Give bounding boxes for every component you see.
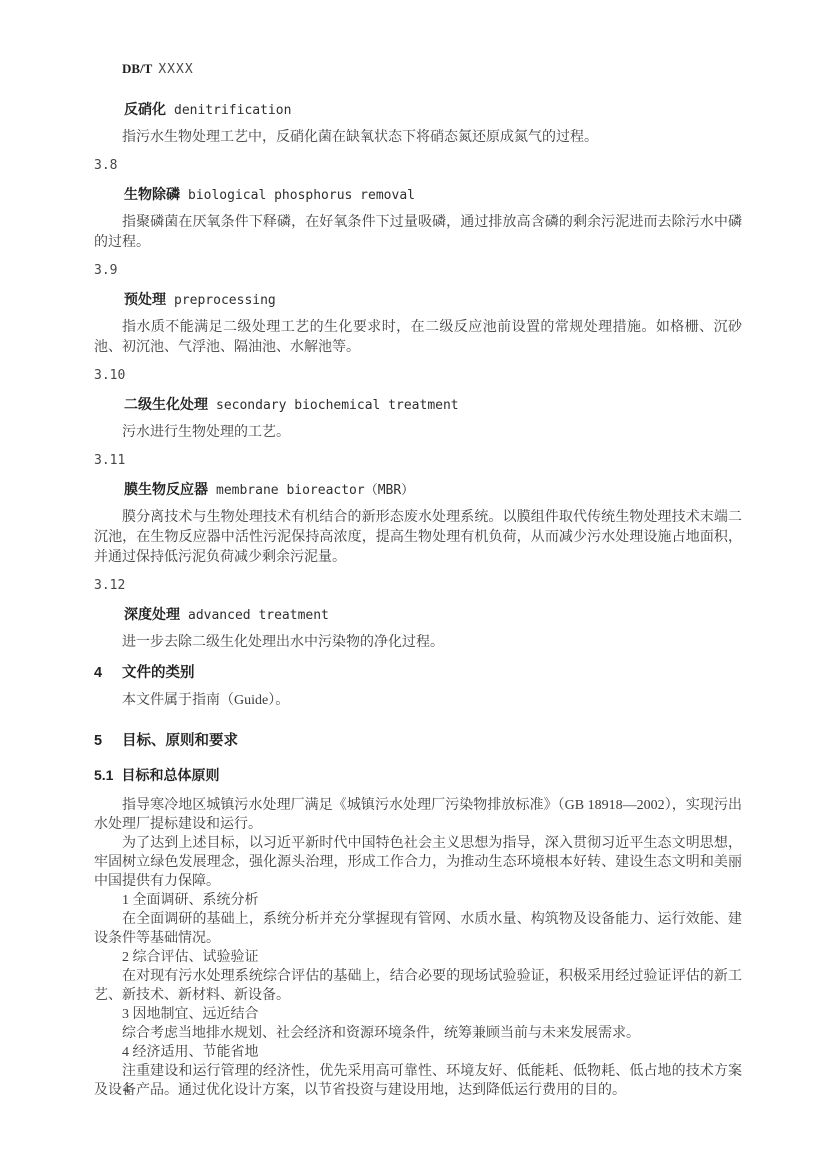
term-title: 生物除磷biological phosphorus removal [124,186,742,204]
standard-code-prefix: DB/T [122,61,152,76]
subclause-5-1-body: 指导寒冷地区城镇污水处理厂满足《城镇污水处理厂污染物排放标准》（GB 18918… [94,796,742,1100]
paragraph: 在全面调研的基础上，系统分析并充分掌握现有管网、水质水量、构筑物及设备能力、运行… [94,910,742,948]
term-definition: 进一步去除二级生化处理出水中污染物的净化过程。 [94,633,742,653]
term-block: 3.8 生物除磷biological phosphorus removal 指聚… [94,158,742,253]
term-number: 3.12 [94,578,742,594]
term-title: 预处理preprocessing [124,291,742,309]
term-en: advanced treatment [188,608,329,623]
term-en: denitrification [174,103,291,118]
term-title: 深度处理advanced treatment [124,606,742,624]
term-block: 3.11 膜生物反应器membrane bioreactor（MBR） 膜分离技… [94,453,742,568]
document-page: DB/TXXXX 反硝化denitrification 指污水生物处理工艺中，反… [0,0,826,1169]
paragraph: 为了达到上述目标，以习近平新时代中国特色社会主义思想为指导，深入贯彻习近平生态文… [94,834,742,891]
principle-item-heading: 4 经济适用、节能省地 [94,1043,742,1062]
principle-item-heading: 3 因地制宜、远近结合 [94,1005,742,1024]
term-title: 反硝化denitrification [124,101,742,119]
paragraph: 在对现有污水处理系统综合评估的基础上，结合必要的现场试验验证，积极采用经过验证评… [94,967,742,1005]
term-title: 二级生化处理secondary biochemical treatment [124,396,742,414]
term-block: 3.12 深度处理advanced treatment 进一步去除二级生化处理出… [94,578,742,653]
term-en: membrane bioreactor（MBR） [216,483,414,498]
clause-4-heading: 4文件的类别 [94,665,742,682]
term-number: 3.8 [94,158,742,174]
principle-item-heading: 1 全面调研、系统分析 [94,891,742,910]
page-content: 反硝化denitrification 指污水生物处理工艺中，反硝化菌在缺氧状态下… [94,77,742,1100]
term-block: 反硝化denitrification 指污水生物处理工艺中，反硝化菌在缺氧状态下… [94,101,742,148]
term-number: 3.10 [94,368,742,384]
term-zh: 膜生物反应器 [124,481,208,497]
clause-title: 目标、原则和要求 [122,733,238,749]
running-header: DB/TXXXX [122,61,194,78]
subclause-5-1-heading: 5.1目标和总体原则 [94,767,742,784]
term-zh: 深度处理 [124,606,180,622]
paragraph: 综合考虑当地排水规划、社会经济和资源环境条件，统筹兼顾当前与未来发展需求。 [94,1024,742,1043]
term-number: 3.11 [94,453,742,469]
term-en: biological phosphorus removal [188,188,415,203]
page-number: 4 [123,1082,129,1097]
subclause-title: 目标和总体原则 [121,767,219,783]
clause-4-body: 本文件属于指南（Guide）。 [94,691,742,711]
term-definition: 指水质不能满足二级处理工艺的生化要求时，在二级反应池前设置的常规处理措施。如格栅… [94,318,742,358]
clause-5-heading: 5目标、原则和要求 [94,733,742,750]
term-definition: 污水进行生物处理的工艺。 [94,423,742,443]
term-definition: 指污水生物处理工艺中，反硝化菌在缺氧状态下将硝态氮还原成氮气的过程。 [94,128,742,148]
term-block: 3.10 二级生化处理secondary biochemical treatme… [94,368,742,443]
term-definition: 膜分离技术与生物处理技术有机结合的新形态废水处理系统。以膜组件取代传统生物处理技… [94,508,742,568]
term-en: secondary biochemical treatment [216,398,459,413]
clause-title: 文件的类别 [122,665,195,681]
clause-number: 4 [94,665,112,682]
term-number: 3.9 [94,263,742,279]
clause-number: 5 [94,733,112,750]
term-title: 膜生物反应器membrane bioreactor（MBR） [124,481,742,499]
term-block: 3.9 预处理preprocessing 指水质不能满足二级处理工艺的生化要求时… [94,263,742,358]
standard-code-number: XXXX [158,62,193,77]
paragraph: 指导寒冷地区城镇污水处理厂满足《城镇污水处理厂污染物排放标准》（GB 18918… [94,796,742,834]
term-zh: 预处理 [124,291,166,307]
term-zh: 反硝化 [124,101,166,117]
term-zh: 二级生化处理 [124,396,208,412]
term-en: preprocessing [174,293,276,308]
paragraph: 注重建设和运行管理的经济性，优先采用高可靠性、环境友好、低能耗、低物耗、低占地的… [94,1062,742,1100]
term-zh: 生物除磷 [124,186,180,202]
principle-item-heading: 2 综合评估、试验验证 [94,948,742,967]
subclause-number: 5.1 [94,767,113,783]
term-definition: 指聚磷菌在厌氧条件下释磷，在好氧条件下过量吸磷，通过排放高含磷的剩余污泥进而去除… [94,213,742,253]
